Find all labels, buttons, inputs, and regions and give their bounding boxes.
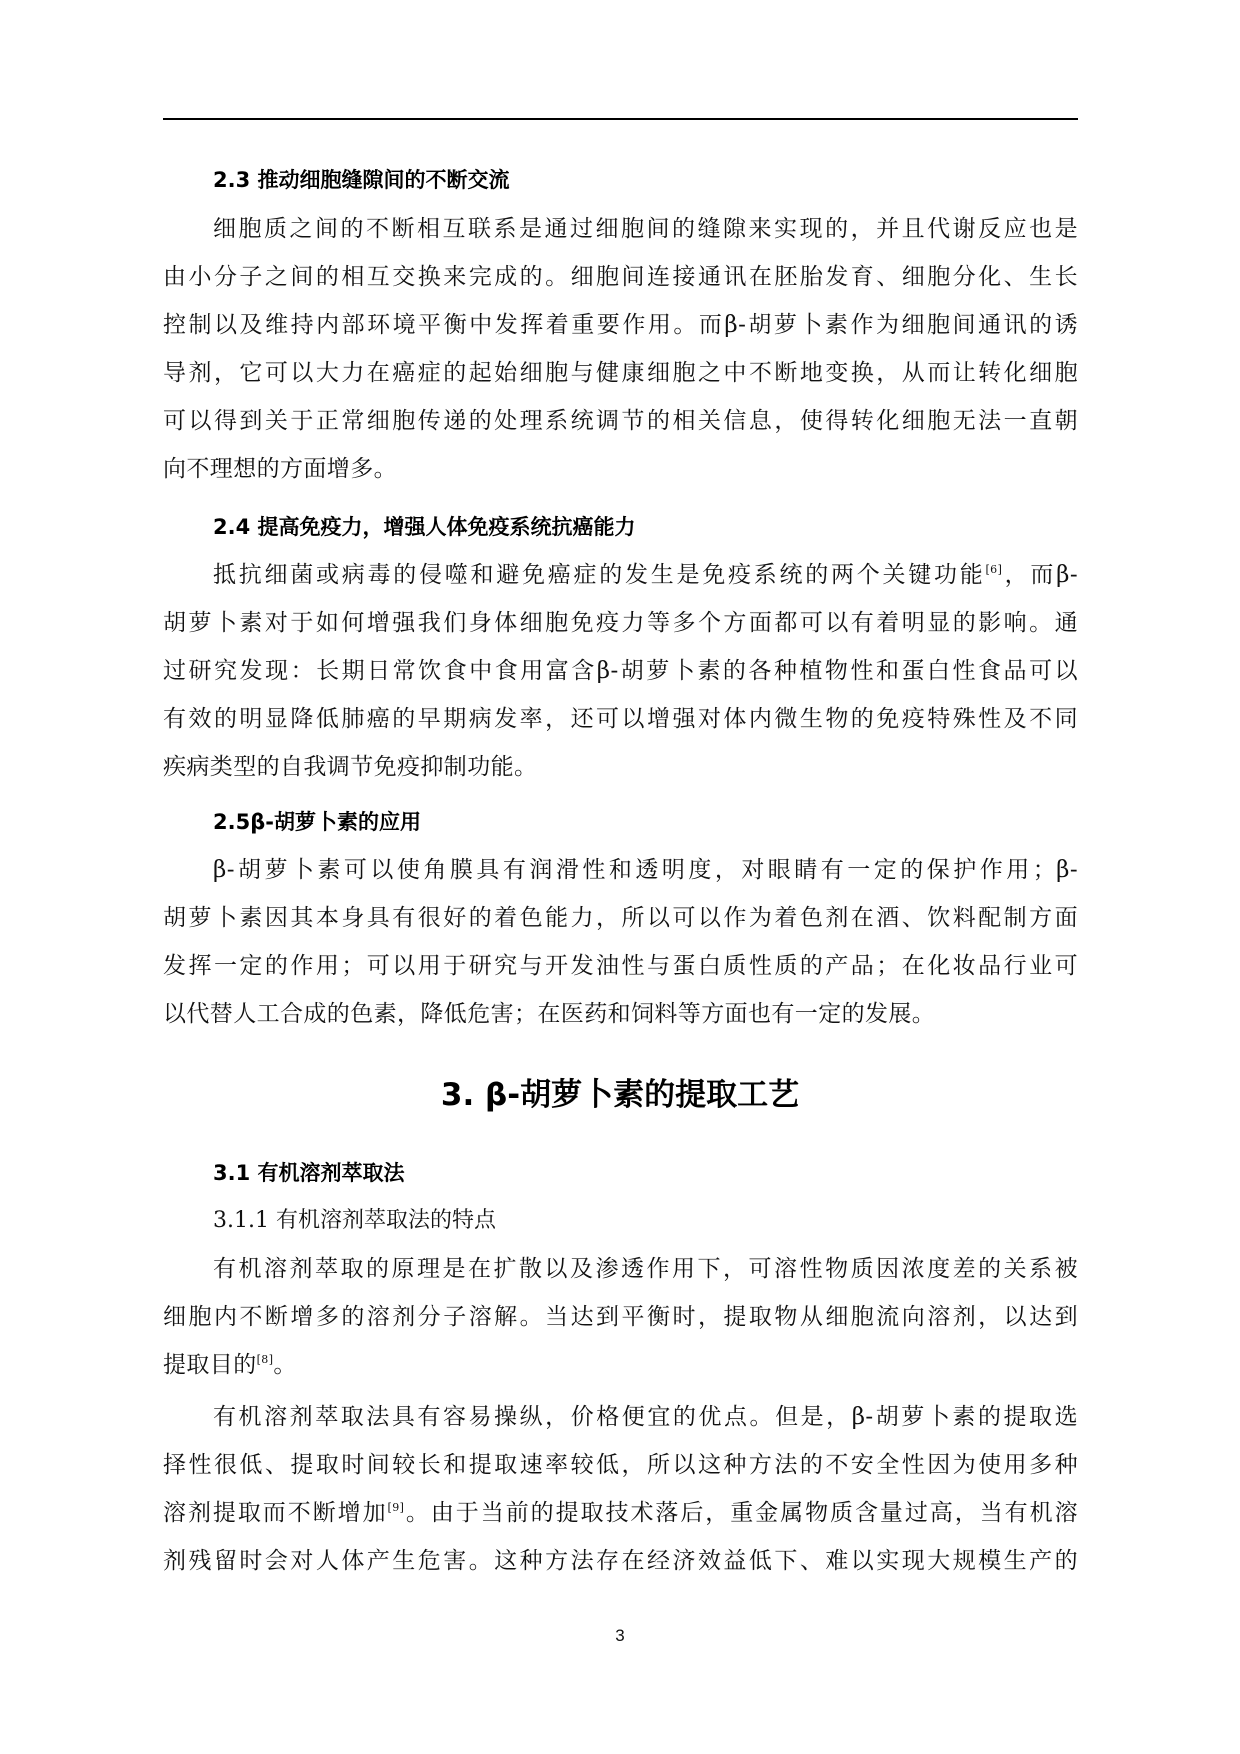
- paragraph-line: 有机溶剂萃取的原理是在扩散以及渗透作用下，可溶性物质因浓度差的关系被: [213, 1254, 1078, 1284]
- section-heading-2-5: 2.5β-胡萝卜素的应用: [213, 807, 421, 837]
- citation-ref: [6]: [985, 563, 1002, 576]
- paragraph-line: 胡萝卜素对于如何增强我们身体细胞免疫力等多个方面都可以有着明显的影响。通: [163, 608, 1078, 638]
- paragraph-line: 细胞质之间的不断相互联系是通过细胞间的缝隙来实现的，并且代谢反应也是: [213, 214, 1078, 244]
- paragraph-line: 可以得到关于正常细胞传递的处理系统调节的相关信息，使得转化细胞无法一直朝: [163, 406, 1078, 436]
- section-heading-2-4: 2.4 提高免疫力，增强人体免疫系统抗癌能力: [213, 512, 636, 542]
- citation-ref: [9]: [388, 1501, 405, 1514]
- text: ，而β-: [1002, 562, 1078, 588]
- paragraph-line: 有机溶剂萃取法具有容易操纵，价格便宜的优点。但是，β-胡萝卜素的提取选: [213, 1402, 1078, 1432]
- paragraph-line: 过研究发现：长期日常饮食中食用富含β-胡萝卜素的各种植物性和蛋白性食品可以: [163, 656, 1078, 686]
- text: 。: [273, 1352, 296, 1378]
- text: 。由于当前的提取技术落后，重金属物质含量过高，当有机溶: [404, 1500, 1078, 1526]
- section-heading-2-3: 2.3 推动细胞缝隙间的不断交流: [213, 165, 510, 195]
- text: 提取目的: [163, 1352, 257, 1378]
- section-heading-3-1: 3.1 有机溶剂萃取法: [213, 1158, 405, 1188]
- text: 抵抗细菌或病毒的侵噬和避免癌症的发生是免疫系统的两个关键功能: [213, 562, 985, 588]
- paragraph-line: 胡萝卜素因其本身具有很好的着色能力，所以可以作为着色剂在酒、饮料配制方面: [163, 903, 1078, 933]
- paragraph-line: 溶剂提取而不断增加[9]。由于当前的提取技术落后，重金属物质含量过高，当有机溶: [163, 1498, 1078, 1528]
- text: 溶剂提取而不断增加: [163, 1500, 388, 1526]
- header-rule: [163, 118, 1078, 120]
- paragraph-line: 剂残留时会对人体产生危害。这种方法存在经济效益低下、难以实现大规模生产的: [163, 1546, 1078, 1576]
- paragraph-line: 择性很低、提取时间较长和提取速率较低，所以这种方法的不安全性因为使用多种: [163, 1450, 1078, 1480]
- subsection-heading-3-1-1: 3.1.1 有机溶剂萃取法的特点: [213, 1206, 496, 1236]
- paragraph-line: 疾病类型的自我调节免疫抑制功能。: [163, 752, 1078, 782]
- paragraph-line: 抵抗细菌或病毒的侵噬和避免癌症的发生是免疫系统的两个关键功能[6]，而β-: [213, 560, 1078, 590]
- citation-ref: [8]: [257, 1353, 274, 1366]
- paragraph-line: 有效的明显降低肺癌的早期病发率，还可以增强对体内微生物的免疫特殊性及不同: [163, 704, 1078, 734]
- paragraph-line: 控制以及维持内部环境平衡中发挥着重要作用。而β-胡萝卜素作为细胞间通讯的诱: [163, 310, 1078, 340]
- paragraph-line: 细胞内不断增多的溶剂分子溶解。当达到平衡时，提取物从细胞流向溶剂，以达到: [163, 1302, 1078, 1332]
- chapter-heading-3: 3. β-胡萝卜素的提取工艺: [0, 1075, 1240, 1115]
- paragraph-line: 向不理想的方面增多。: [163, 454, 1078, 484]
- page-number: 3: [0, 1626, 1240, 1646]
- paragraph-line: 提取目的[8]。: [163, 1350, 1078, 1380]
- paragraph-line: 以代替人工合成的色素，降低危害；在医药和饲料等方面也有一定的发展。: [163, 999, 1078, 1029]
- paragraph-line: 由小分子之间的相互交换来完成的。细胞间连接通讯在胚胎发育、细胞分化、生长: [163, 262, 1078, 292]
- paragraph-line: β-胡萝卜素可以使角膜具有润滑性和透明度，对眼睛有一定的保护作用；β-: [213, 855, 1078, 885]
- paragraph-line: 发挥一定的作用；可以用于研究与开发油性与蛋白质性质的产品；在化妆品行业可: [163, 951, 1078, 981]
- paragraph-line: 导剂，它可以大力在癌症的起始细胞与健康细胞之中不断地变换，从而让转化细胞: [163, 358, 1078, 388]
